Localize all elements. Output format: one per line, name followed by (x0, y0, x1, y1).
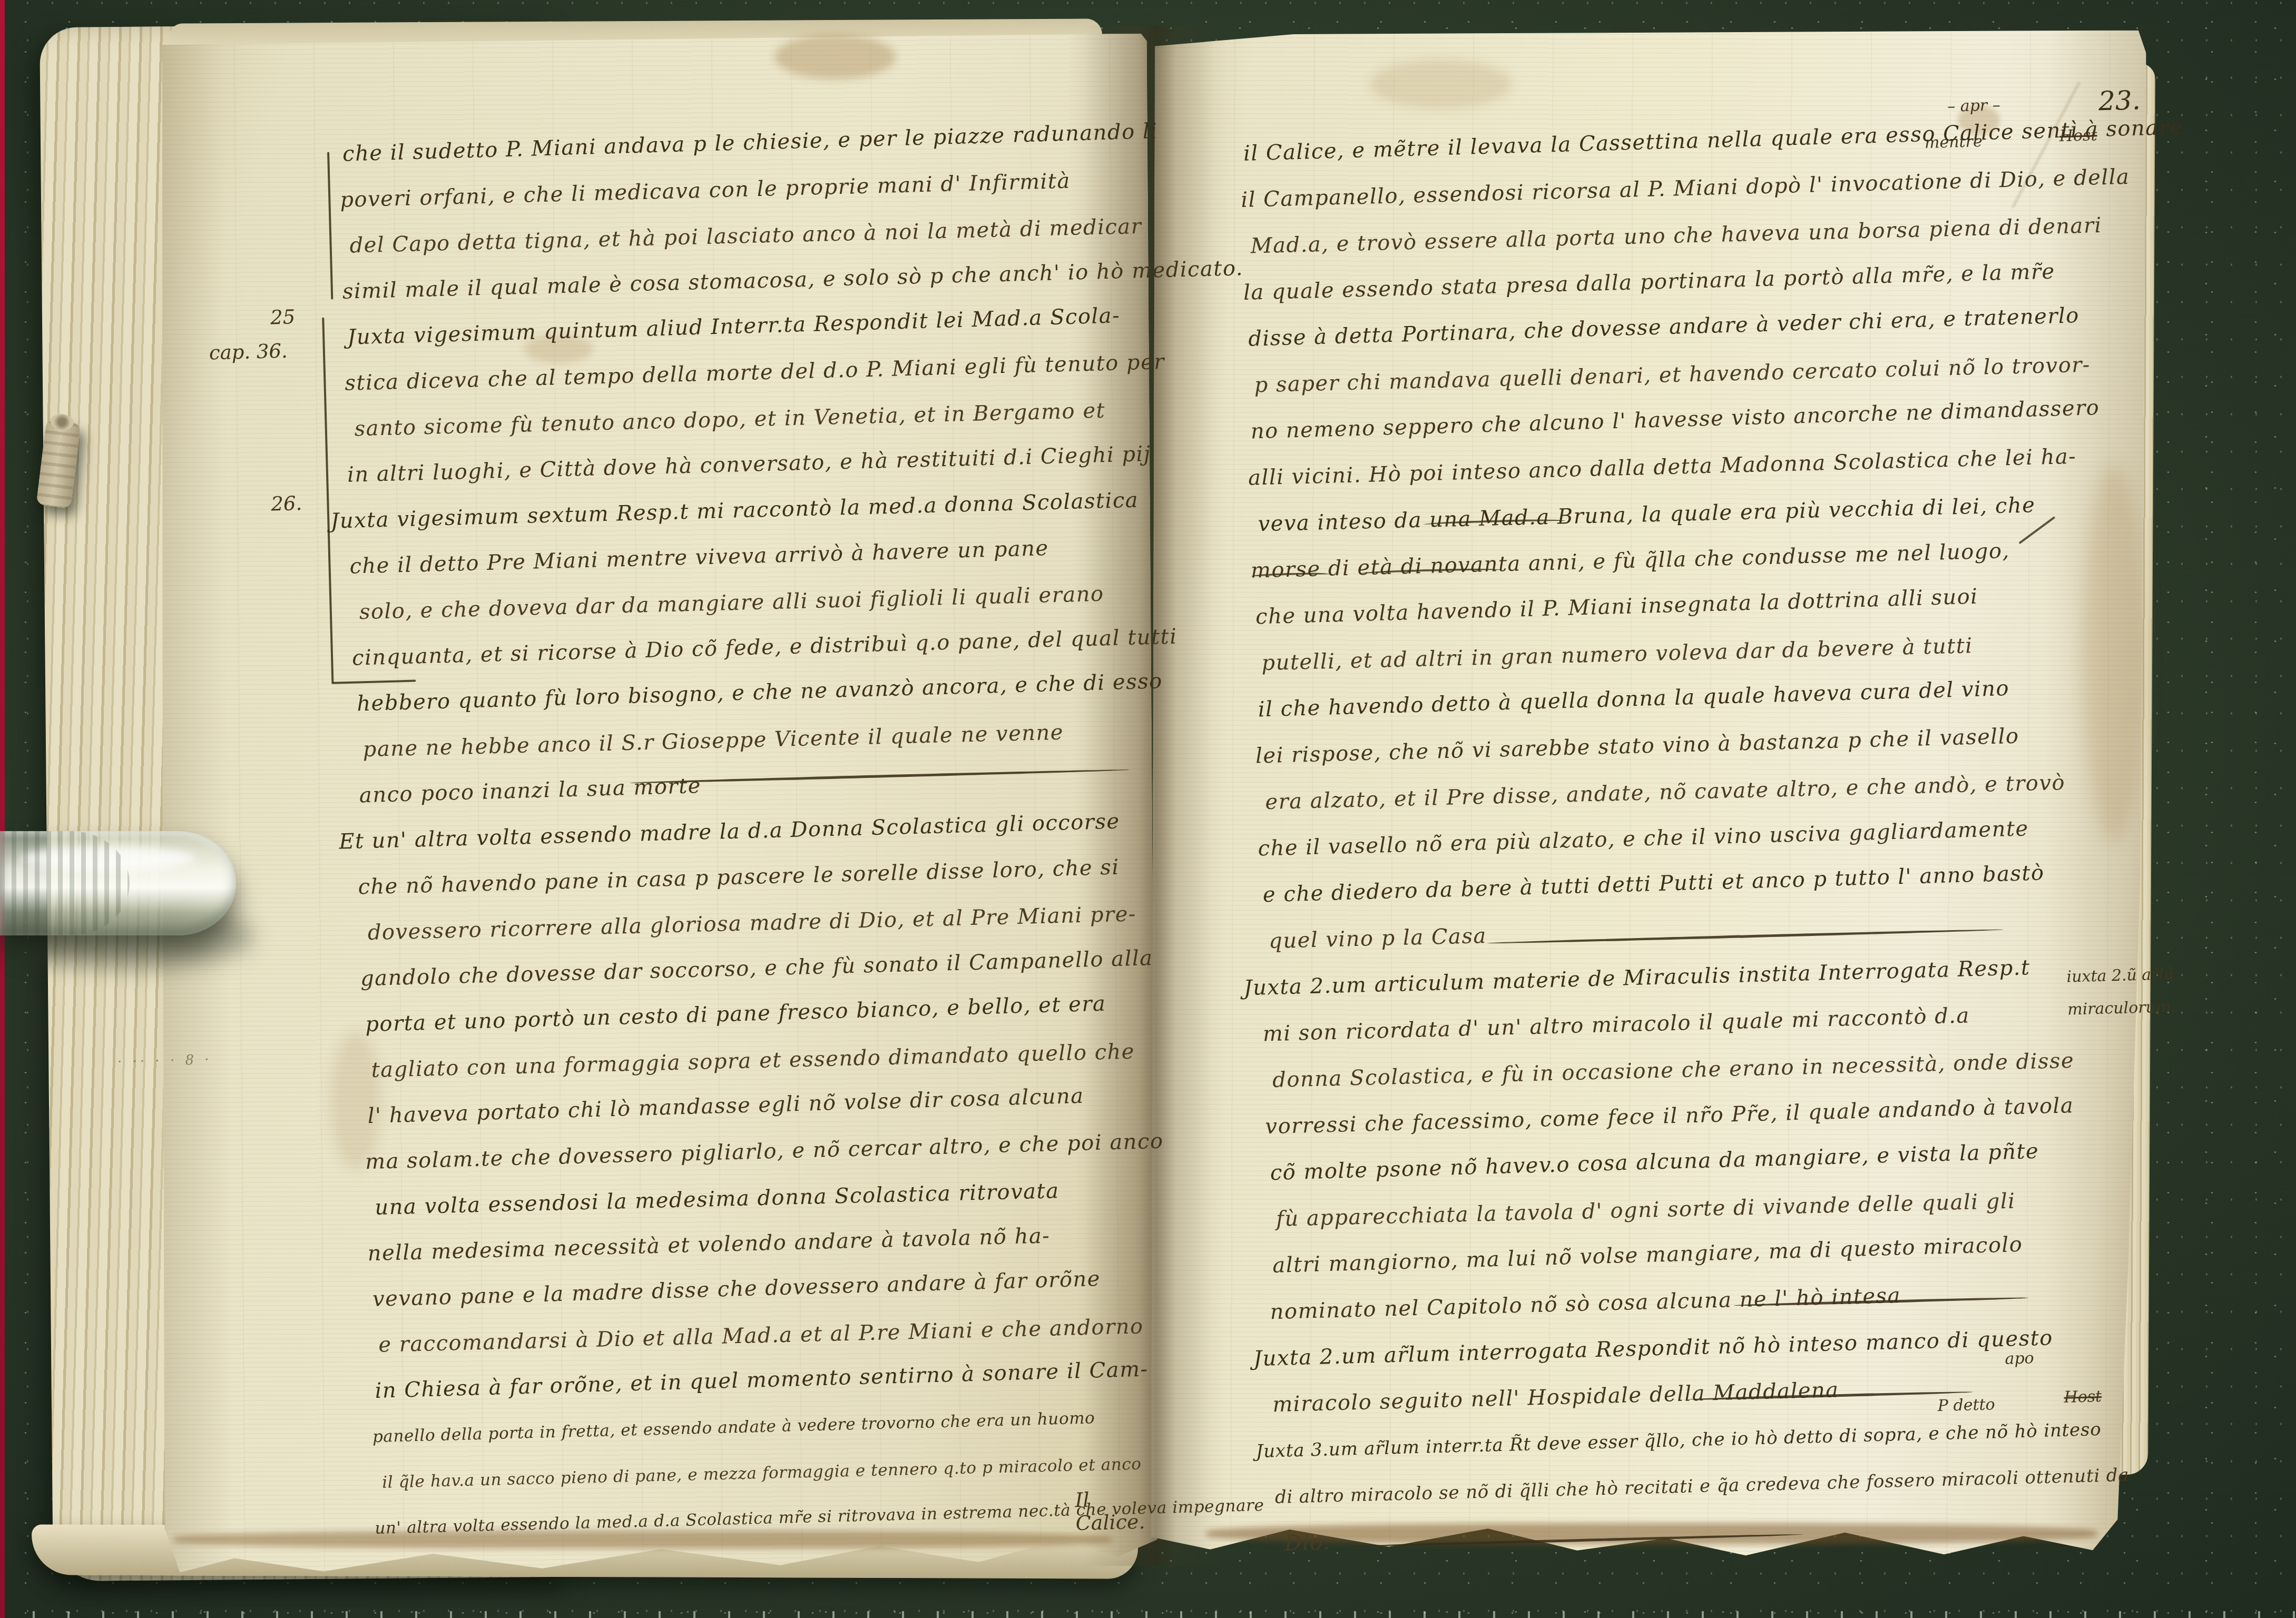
red-edge-strip (0, 0, 5, 1618)
collation-mark-apo: apo (2005, 1349, 2034, 1368)
collation-mark-p-detto: P detto (1937, 1395, 1995, 1415)
stray-ink-marks: · ·· · · 8 · (117, 1052, 212, 1070)
collation-mark-host: Host (2064, 1387, 2102, 1407)
archival-photograph: { "photo": { "description": "Open 16th-c… (0, 0, 2296, 1618)
bottom-ruler-ticks (0, 1611, 2296, 1618)
left-paragraph-2: Juxta vigesimum quintum aliud Interr.ta … (343, 294, 1138, 498)
right-paragraph-1: il Calice, e mẽtre il levava la Cassetti… (1239, 110, 2067, 965)
margin-question-number: 25 (270, 305, 296, 329)
catchword: Il Calice. (1075, 1486, 1165, 1535)
left-paragraph-1: che il sudetto P. Miani andava p le chie… (338, 111, 1133, 315)
glass-rod-page-weight (0, 831, 236, 935)
margin-chapter-ref: cap. 36. (209, 340, 288, 364)
margin-note-juxta: iuxta 2.ũ ar̃lũ (2066, 965, 2174, 986)
left-page-text: 25 cap. 36. 26. · ·· · · 8 · che il sude… (338, 111, 1165, 1552)
page-number: 23. (2098, 85, 2141, 116)
margin-note-miraculorum: miraculorum. (2067, 998, 2176, 1019)
left-paragraph-4: Et un' altra volta essendo madre la d.a … (356, 798, 1165, 1552)
right-page-text: – apr – 23. mentre Host il Calice, e mẽt… (1239, 110, 2083, 1567)
left-paragraph-3: Juxta vigesimum sextum Resp.t mi raccont… (348, 477, 1146, 818)
right-paragraph-2: Juxta 2.um articulum materie de Miraculi… (1261, 943, 2076, 1335)
margin-question-number: 26. (271, 492, 302, 516)
right-paragraph-4: Juxta 3.um ar̃lum interr.ta R̃t deve ess… (1273, 1407, 2083, 1567)
